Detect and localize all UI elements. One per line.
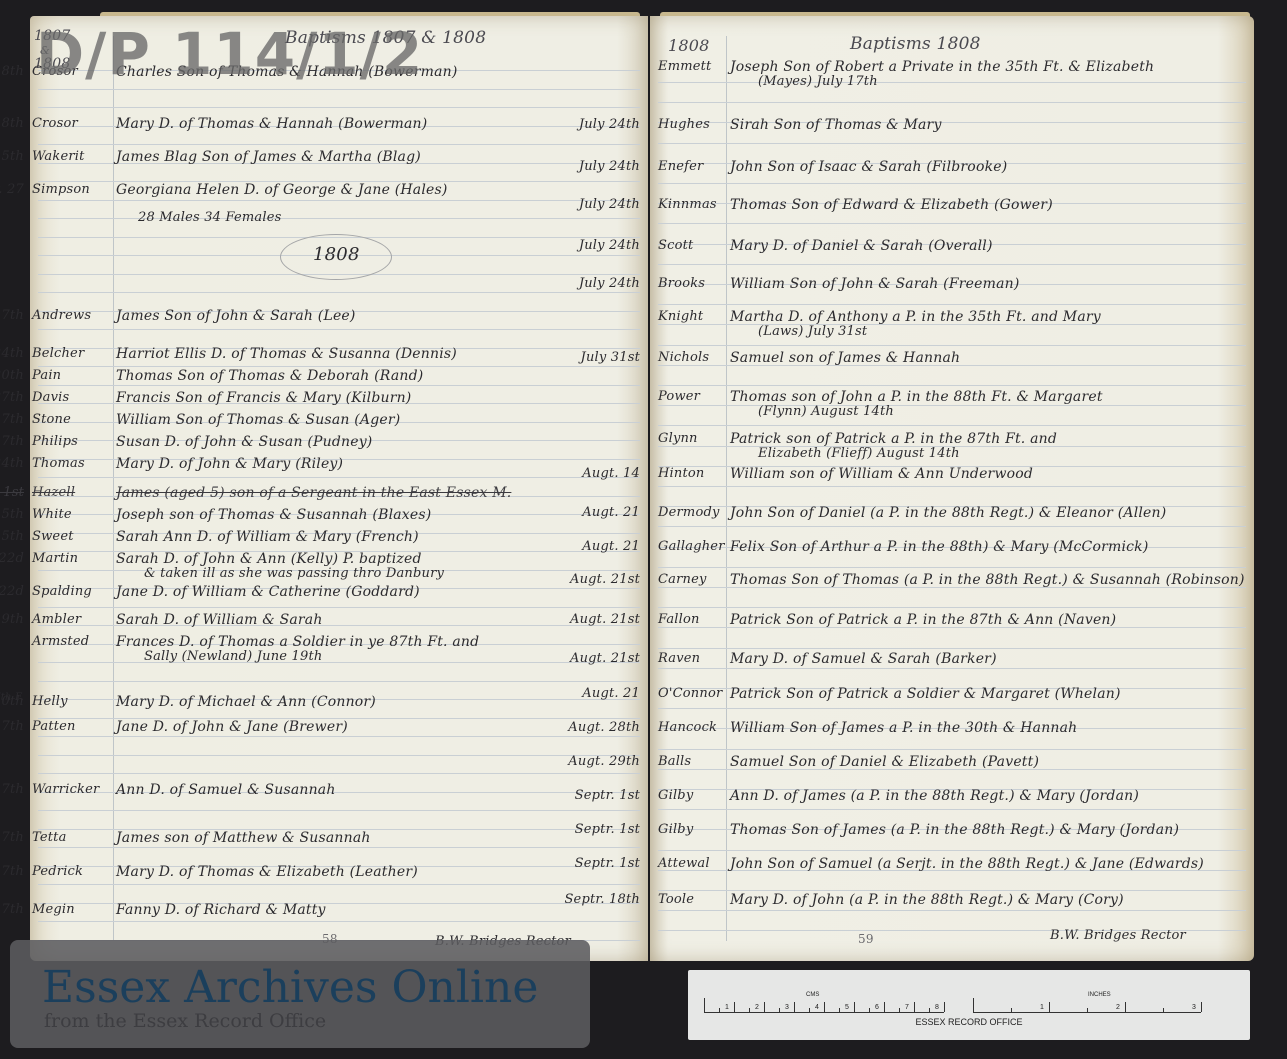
entry-date: Novr. 15th [0,149,24,164]
ruler-tick [973,998,974,1012]
ruler-tick [749,1008,750,1012]
ruler-tick [944,1002,945,1012]
ruler-tick [1125,1002,1126,1012]
entry-surname: Gilby [658,822,693,837]
entry-surname: Wakerit [32,149,85,164]
ruler-tick [884,1002,885,1012]
entry-surname: Scott [658,238,693,253]
entry-surname: Gallagher [658,539,725,554]
ruler-tick [794,1002,795,1012]
logo-title: Essex Archives Online [42,962,538,1013]
margin-line [113,36,114,941]
entry-date: July 24th [579,276,640,291]
entry-text: Mary D. of John (a P. in the 88th Regt.)… [730,892,1124,908]
ruler-tick-label: 1 [1040,1004,1044,1011]
entry-surname: Sweet [32,529,74,544]
entry-date: Novr. 8th [0,64,24,79]
ruler-tick-label: 4 [815,1004,819,1011]
entry-text: John Son of Daniel (a P. in the 88th Reg… [730,505,1166,521]
ruled-line [658,850,1246,851]
entry-date: July 17th [0,830,24,845]
entry-text: Mary D. of Michael & Ann (Connor) [116,694,376,710]
entry-date: July 31st [581,350,640,365]
entry-continuation: & taken ill as she was passing thro Danb… [144,566,444,581]
entry-text: Jane D. of William & Catherine (Goddard) [116,584,420,600]
ruler-tick-label: 3 [785,1004,789,1011]
ruled-line [38,847,640,848]
ruled-line [38,385,640,386]
entry-date: June 19th [0,612,24,627]
entry-text: Mary D. of Thomas & Elizabeth (Leather) [116,864,418,880]
ruler-tick-label: 6 [875,1004,879,1011]
ruled-line [38,366,640,367]
ruler-tick [719,1008,720,1012]
ruler-tick [839,1008,840,1012]
ruler-tick [704,998,705,1012]
entry-text: Samuel son of James & Hannah [730,350,960,366]
entry-date: Feby 7th [0,308,24,323]
entry-text: Patrick son of Patrick a P. in the 87th … [730,431,1057,447]
entry-text: Sarah Ann D. of William & Mary (French) [116,529,419,545]
ruled-line [658,648,1246,649]
entry-text: Joseph son of Thomas & Susannah (Blaxes) [116,507,431,523]
entry-surname: Carney [658,572,707,587]
entry-surname: Power [658,389,700,404]
entry-surname: Armsted [32,634,89,649]
ruler-tick-label: 3 [1192,1004,1196,1011]
entry-surname: Enefer [658,159,703,174]
entry-surname: Hinton [658,466,705,481]
ruled-line [658,708,1246,709]
entry-surname: Hazell [32,485,75,500]
entry-surname: Warricker [32,782,99,797]
entry-text: Ann D. of Samuel & Susannah [116,782,336,798]
ruler-tick-label: 8 [935,1004,939,1011]
ruler-tick-label: 2 [755,1004,759,1011]
ruled-line [38,89,640,90]
entry-surname: Balls [658,754,691,769]
entry-surname: Simpson [32,182,90,197]
entry-date: July 17th [0,902,24,917]
entry-continuation: Elizabeth (Flieff) August 14th [758,446,960,461]
entry-text: Joseph Son of Robert a Private in the 35… [730,59,1154,75]
entry-surname: Fallon [658,612,700,627]
entry-text: Georgiana Helen D. of George & Jane (Hal… [116,182,448,198]
entry-surname: Knight [658,309,703,324]
entry-surname: Megin [32,902,75,917]
entry-surname: Spalding [32,584,92,599]
entry-continuation: (Mayes) July 17th [758,74,878,89]
ruled-line [38,329,640,330]
ruled-line [658,668,1246,669]
entry-date: Augt. 29th [568,754,640,769]
entry-surname: Stone [32,412,71,427]
entry-surname: Hancock [658,720,717,735]
ruler-cms-scale: 12345678 [704,998,944,1013]
ruled-line [658,749,1246,750]
entry-date: May 22d [0,584,24,599]
entry-date: Novr. 8th [0,116,24,131]
page-heading: Baptisms 1808 [850,34,981,54]
entry-surname: Helly [32,694,68,709]
logo-subtitle: from the Essex Record Office [44,1010,326,1032]
margin-line [726,36,727,941]
ruled-line [658,102,1246,103]
ruler-tick [764,1002,765,1012]
ruler-tick [824,1002,825,1012]
entry-date: July 17th [0,864,24,879]
entry-date: Septr. 1st [575,822,640,837]
totals-note: 28 Males 34 Females [138,210,281,225]
entry-surname: Nichols [658,350,709,365]
ruled-line [38,921,640,922]
ruled-line [38,477,640,478]
ruled-line [658,143,1246,144]
ruler-tick-label: 1 [725,1004,729,1011]
ruler-tick [1087,1008,1088,1012]
entry-continuation: Sally (Newland) June 19th [144,649,322,664]
entry-surname: Philips [32,434,78,449]
ruled-line [38,681,640,682]
ruler-tick-label: 2 [1116,1004,1120,1011]
entry-surname: Kinnmas [658,197,717,212]
entry-text: Fanny D. of Richard & Matty [116,902,326,918]
ruler-tick [734,1002,735,1012]
ruled-line [658,425,1246,426]
ruled-line [658,82,1246,83]
entry-text: Sarah D. of William & Sarah [116,612,323,628]
ruled-line [658,567,1246,568]
ruler-tick-label: 7 [905,1004,909,1011]
ruled-line [658,183,1246,184]
entry-continuation: (Laws) July 31st [758,324,867,339]
ruler-inches-scale: 123 [973,998,1201,1013]
entry-date: April 24th [0,456,24,471]
entry-text: Sirah Son of Thomas & Mary [730,117,942,133]
entry-date: March 20th [0,368,24,383]
entry-surname: Ambler [32,612,81,627]
ruled-line [38,607,640,608]
entry-date: Augt. 28th [568,720,640,735]
entry-continuation: (Flynn) August 14th [758,404,894,419]
left-page: 1807 & 1808 Baptisms 1807 & 1808 CrosorC… [30,16,648,961]
entry-date: Feby 24th [0,346,24,361]
entry-date: Septr. 1st [575,788,640,803]
ruler-tick [899,1008,900,1012]
entry-date: Augt. 21st [570,651,640,666]
entry-text: Mary D. of John & Mary (Riley) [116,456,343,472]
ruler-tick [854,1002,855,1012]
entry-text: Ann D. of James (a P. in the 88th Regt.)… [730,788,1139,804]
entry-date: July 24th [579,238,640,253]
entry-date: April 17th [0,434,24,449]
entry-date: Augt. 14 [582,466,640,481]
ruled-line [658,304,1246,305]
ruled-line [38,773,640,774]
entry-text: Thomas son of John a P. in the 88th Ft. … [730,389,1103,405]
ruler-tick [1011,1008,1012,1012]
ruled-line [38,662,640,663]
entry-date: Septr. 18th [564,892,640,907]
entry-text: William Son of James a P. in the 30th & … [730,720,1077,736]
ruled-line [658,385,1246,386]
entry-surname: Dermody [658,505,720,520]
entry-text: Thomas Son of Thomas & Deborah (Rand) [116,368,423,384]
entry-text: Francis Son of Francis & Mary (Kilburn) [116,390,411,406]
ruler-tick [809,1008,810,1012]
entry-surname: Thomas [32,456,85,471]
entry-note: & a P. in the 87th F. [0,692,24,703]
entry-date: Augt. 21 [582,505,640,520]
scale-ruler: CMS 12345678 INCHES 123 ESSEX RECORD OFF… [688,970,1250,1040]
entry-text: Thomas Son of Thomas (a P. in the 88th R… [730,572,1245,588]
entry-text: William Son of Thomas & Susan (Ager) [116,412,400,428]
ruled-line [38,144,640,145]
ruled-line [38,884,640,885]
ruled-line [658,223,1246,224]
entry-date: July 17th [0,719,24,734]
page-number: 59 [858,932,874,946]
ruler-tick [914,1002,915,1012]
entry-date: Augt. 21 [582,539,640,554]
entry-text: James Son of John & Sarah (Lee) [116,308,356,324]
entry-date: Augt. 21st [570,572,640,587]
entry-surname: Hughes [658,117,710,132]
entry-text: Jane D. of John & Jane (Brewer) [116,719,348,735]
entry-date: Augt. 21 [582,686,640,701]
entry-surname: Gilby [658,788,693,803]
entry-text: Martha D. of Anthony a P. in the 35th Ft… [730,309,1101,325]
entry-date: July 17th [0,782,24,797]
entry-surname: Patten [32,719,76,734]
ruled-line [38,810,640,811]
ruled-line [658,809,1246,810]
ruled-line [658,890,1246,891]
ruled-line [658,910,1246,911]
ruled-line [658,526,1246,527]
ruled-line [38,755,640,756]
entry-date: July 24th [579,197,640,212]
entry-date: May 15th [0,507,24,522]
rector-signature: B.W. Bridges Rector [1050,928,1186,943]
entry-date: Decr. 27 [0,182,24,197]
entry-surname: White [32,507,72,522]
entry-surname: Brooks [658,276,705,291]
ruled-line [658,607,1246,608]
entry-surname: Emmett [658,59,712,74]
ruler-tick [929,1008,930,1012]
entry-date: May 15th [0,529,24,544]
entry-text: Felix Son of Arthur a P. in the 88th) & … [730,539,1149,555]
ruler-office-name: ESSEX RECORD OFFICE [688,1017,1250,1027]
entry-text: Mary D. of Samuel & Sarah (Barker) [730,651,997,667]
entry-surname: Martin [32,551,78,566]
entry-surname: O'Connor [658,686,722,701]
entry-date: March 27th [0,390,24,405]
entry-text: John Son of Isaac & Sarah (Filbrooke) [730,159,1007,175]
entry-text: Thomas Son of Edward & Elizabeth (Gower) [730,197,1053,213]
entry-date: July 24th [579,117,640,132]
entry-text: Sarah D. of John & Ann (Kelly) P. baptiz… [116,551,422,567]
entry-surname: Davis [32,390,69,405]
entry-surname: Crosor [32,116,78,131]
entry-date: May 22d [0,551,24,566]
entry-text: Thomas Son of James (a P. in the 88th Re… [730,822,1179,838]
ruled-line [658,405,1246,406]
ruled-line [38,107,640,108]
entry-text: Mary D. of Thomas & Hannah (Bowerman) [116,116,427,132]
entry-text: Samuel Son of Daniel & Elizabeth (Pavett… [730,754,1039,770]
entry-date: July 24th [579,159,640,174]
entry-text: James (aged 5) son of a Sergeant in the … [116,485,511,501]
entry-surname: Glynn [658,431,698,446]
entry-text: James Blag Son of James & Martha (Blag) [116,149,421,165]
ruler-tick [1049,1002,1050,1012]
archive-logo: Essex Archives Online from the Essex Rec… [10,940,590,1048]
entry-text: William Son of John & Sarah (Freeman) [730,276,1020,292]
document-reference: D/P 114/1/2 [36,20,423,88]
entry-text: Susan D. of John & Susan (Pudney) [116,434,372,450]
entry-date: April 17th [0,412,24,427]
entry-text: Patrick Son of Patrick a P. in the 87th … [730,612,1116,628]
entry-surname: Pedrick [32,864,83,879]
entry-text: William son of William & Ann Underwood [730,466,1033,482]
ruler-tick [869,1008,870,1012]
ruled-line [658,345,1246,346]
entry-surname: Andrews [32,308,91,323]
register-book: 1807 & 1808 Baptisms 1807 & 1808 CrosorC… [30,16,1260,966]
ruled-line [38,218,640,219]
ruled-line [658,486,1246,487]
year-label: 1808 [668,36,710,55]
ruled-line [38,292,640,293]
entry-date: May 1st [0,485,24,500]
entry-text: John Son of Samuel (a Serjt. in the 88th… [730,856,1204,872]
ruled-line [38,200,640,201]
right-page: 1808 Baptisms 1808 EmmettJoseph Son of R… [650,16,1254,961]
ruler-tick-label: 5 [845,1004,849,1011]
entry-surname: Attewal [658,856,710,871]
ruler-tick [779,1008,780,1012]
entry-surname: Pain [32,368,61,383]
year-oval-label: 1808 [313,244,360,265]
ruler-tick [1201,1002,1202,1012]
ruled-line [658,264,1246,265]
entry-surname: Raven [658,651,700,666]
entry-surname: Belcher [32,346,84,361]
ruler-tick [1163,1008,1164,1012]
entry-text: Patrick Son of Patrick a Soldier & Marga… [730,686,1121,702]
entry-date: Augt. 21st [570,612,640,627]
entry-surname: Tetta [32,830,67,845]
entry-text: James son of Matthew & Susannah [116,830,371,846]
entry-text: Harriot Ellis D. of Thomas & Susanna (De… [116,346,457,362]
entry-date: Septr. 1st [575,856,640,871]
entry-text: Mary D. of Daniel & Sarah (Overall) [730,238,993,254]
entry-surname: Toole [658,892,694,907]
entry-text: Frances D. of Thomas a Soldier in ye 87t… [116,634,479,650]
ruled-line [38,736,640,737]
